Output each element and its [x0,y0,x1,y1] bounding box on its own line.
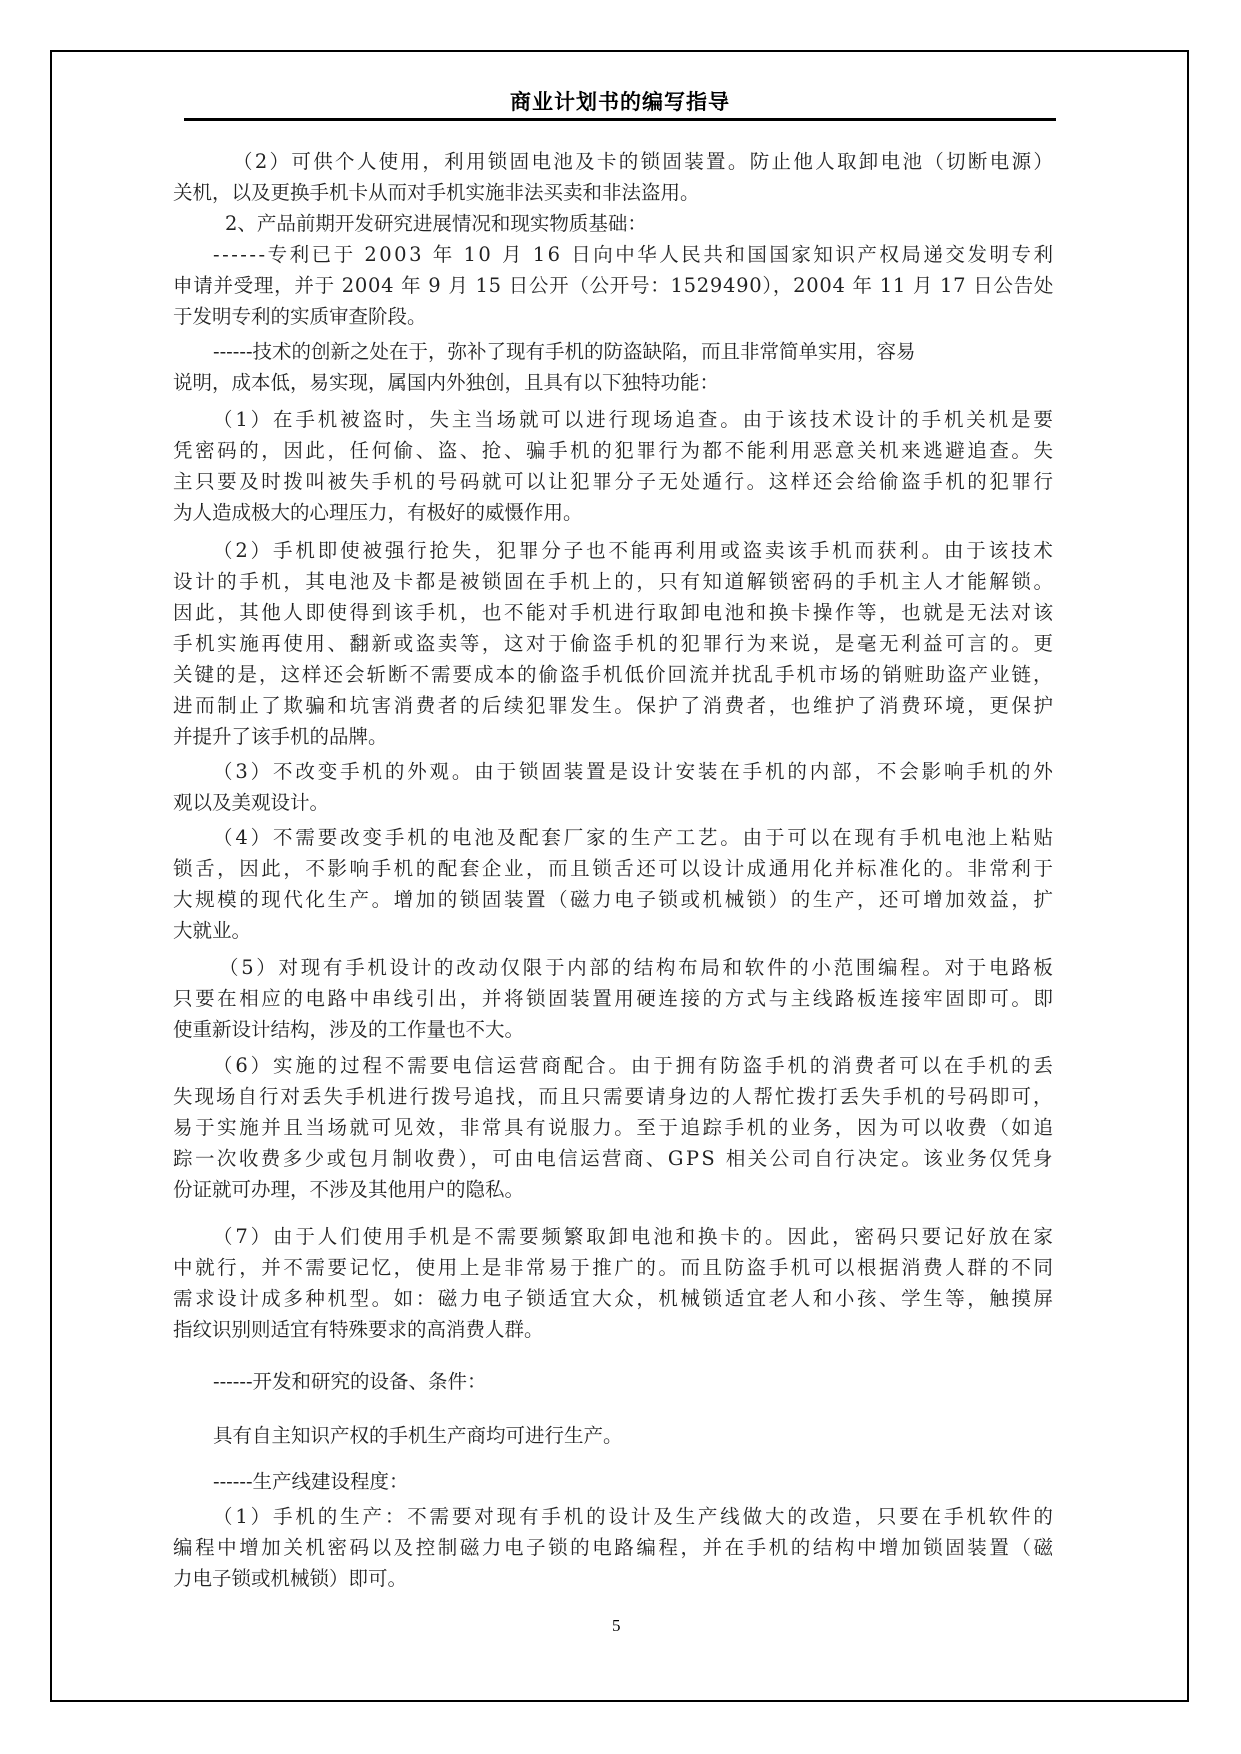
text-line: （5）对现有手机设计的改动仅限于内部的结构布局和软件的小范围编程。对于电路板 [219,956,1056,980]
text-line: 设计的手机，其电池及卡都是被锁固在手机上的，只有知道解锁密码的手机主人才能解锁。 [173,570,1056,594]
text-line: 主只要及时拨叫被失手机的号码就可以让犯罪分子无处遁行。这样还会给偷盗手机的犯罪行 [173,470,1056,494]
text-line: 于发明专利的实质审查阶段。 [173,305,427,329]
page-header-title: 商业计划书的编写指导 [184,86,1056,116]
text-line: （7）由于人们使用手机是不需要频繁取卸电池和换卡的。因此，密码只要记好放在家 [213,1225,1056,1249]
text-line: 进而制止了欺骗和坑害消费者的后续犯罪发生。保护了消费者，也维护了消费环境，更保护 [173,694,1056,718]
text-line: 力电子锁或机械锁）即可。 [173,1567,407,1591]
text-line: 指纹识别则适宜有特殊要求的高消费人群。 [173,1318,544,1342]
text-line: （1）手机的生产：不需要对现有手机的设计及生产线做大的改造，只要在手机软件的 [213,1505,1056,1529]
text-line: 凭密码的，因此，任何偷、盗、抢、骗手机的犯罪行为都不能利用恶意关机来逃避追查。失 [173,439,1056,463]
text-line: 大规模的现代化生产。增加的锁固装置（磁力电子锁或机械锁）的生产，还可增加效益，扩 [173,888,1056,912]
text-line: （1）在手机被盗时，失主当场就可以进行现场追查。由于该技术设计的手机关机是要 [213,408,1056,432]
text-line: 踪一次收费多少或包月制收费），可由电信运营商、GPS 相关公司自行决定。该业务仅… [173,1147,1055,1171]
text-line: 申请并受理，并于 2004 年 9 月 15 日公开（公开号：1529490），… [173,274,1054,298]
text-line: 说明，成本低，易实现，属国内外独创，且具有以下独特功能： [173,371,719,395]
text-line: ------开发和研究的设备、条件： [213,1370,487,1394]
text-line: 大就业。 [173,919,251,943]
text-line: 关键的是，这样还会斩断不需要成本的偷盗手机低价回流并扰乱手机市场的销赃助盗产业链… [173,663,1055,687]
text-line: 只要在相应的电路中串线引出，并将锁固装置用硬连接的方式与主线路板连接牢固即可。即 [173,987,1056,1011]
header-divider [184,118,1056,121]
text-line: 并提升了该手机的品牌。 [173,725,388,749]
text-line: ------生产线建设程度： [213,1470,409,1494]
text-line: 观以及美观设计。 [173,791,329,815]
text-line: 为人造成极大的心理压力，有极好的威慑作用。 [173,501,583,525]
text-line: 关机，以及更换手机卡从而对手机实施非法买卖和非法盗用。 [173,181,700,205]
text-line: 锁舌，因此，不影响手机的配套企业，而且锁舌还可以设计成通用化并标准化的。非常利于 [173,857,1056,881]
text-line: 份证就可办理，不涉及其他用户的隐私。 [173,1178,524,1202]
text-line: 因此，其他人即使得到该手机，也不能对手机进行取卸电池和换卡操作等，也就是无法对该 [173,601,1056,625]
text-line: ------技术的创新之处在于，弥补了现有手机的防盗缺陷，而且非常简单实用，容易 [213,340,916,364]
text-line: （2）可供个人使用，利用锁固电池及卡的锁固装置。防止他人取卸电池（切断电源） [233,150,1055,174]
text-line: 需求设计成多种机型。如：磁力电子锁适宜大众，机械锁适宜老人和小孩、学生等，触摸屏 [173,1287,1056,1311]
text-line: 失现场自行对丢失手机进行拨号追找，而且只需要请身边的人帮忙拨打丢失手机的号码即可… [173,1085,1055,1109]
text-line: 中就行，并不需要记忆，使用上是非常易于推广的。而且防盗手机可以根据消费人群的不同 [173,1256,1056,1280]
text-line: （2）手机即使被强行抢失，犯罪分子也不能再利用或盗卖该手机而获利。由于该技术 [213,539,1056,563]
text-line: ------专利已于 2003 年 10 月 16 日向中华人民共和国国家知识产… [213,243,1056,267]
text-line: 手机实施再使用、翻新或盗卖等，这对于偷盗手机的犯罪行为来说，是毫无利益可言的。更 [173,632,1056,656]
text-line: 具有自主知识产权的手机生产商均可进行生产。 [213,1424,623,1448]
text-line: 使重新设计结构，涉及的工作量也不大。 [173,1018,524,1042]
text-line: 编程中增加关机密码以及控制磁力电子锁的电路编程，并在手机的结构中增加锁固装置（磁 [173,1536,1056,1560]
text-line: 2、产品前期开发研究进展情况和现实物质基础： [225,212,647,236]
text-line: （6）实施的过程不需要电信运营商配合。由于拥有防盗手机的消费者可以在手机的丢 [213,1054,1056,1078]
text-line: （3）不改变手机的外观。由于锁固装置是设计安装在手机的内部，不会影响手机的外 [213,760,1056,784]
text-line: （4）不需要改变手机的电池及配套厂家的生产工艺。由于可以在现有手机电池上粘贴 [213,826,1056,850]
page-number: 5 [612,1616,621,1636]
text-line: 易于实施并且当场就可见效，非常具有说服力。至于追踪手机的业务，因为可以收费（如追 [173,1116,1056,1140]
